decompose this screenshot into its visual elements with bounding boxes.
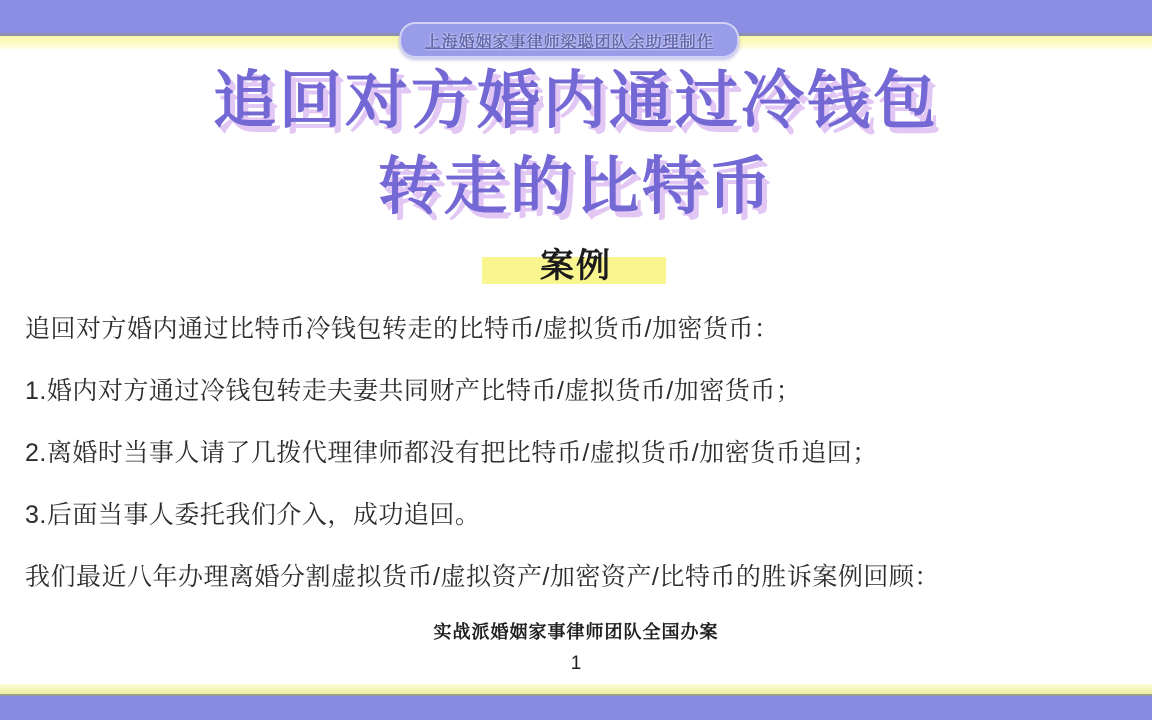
slide-page: 上海婚姻家事律师梁聪团队余助理制作 追回对方婚内通过冷钱包 转走的比特币 案例 …: [0, 0, 1152, 720]
body-paragraph-3: 3.后面当事人委托我们介入，成功追回。: [25, 502, 1125, 528]
slide-title-line1: 追回对方婚内通过冷钱包: [0, 58, 1152, 144]
bottom-yellow-band: [0, 684, 1152, 694]
author-badge-text: 上海婚姻家事律师梁聪团队余助理制作: [425, 29, 714, 52]
footer-team-line: 实战派婚姻家事律师团队全国办案: [0, 618, 1152, 644]
case-heading: 案例: [0, 238, 1152, 287]
body-paragraph-intro: 追回对方婚内通过比特币冷钱包转走的比特币/虚拟货币/加密货币：: [25, 316, 1125, 342]
slide-title-line2: 转走的比特币: [0, 144, 1152, 230]
body-text-block: 追回对方婚内通过比特币冷钱包转走的比特币/虚拟货币/加密货币： 1.婚内对方通过…: [25, 316, 1125, 626]
body-paragraph-1: 1.婚内对方通过冷钱包转走夫妻共同财产比特币/虚拟货币/加密货币；: [25, 378, 1125, 404]
slide-title: 追回对方婚内通过冷钱包 转走的比特币: [0, 58, 1152, 230]
author-badge: 上海婚姻家事律师梁聪团队余助理制作: [399, 22, 739, 58]
body-paragraph-outro: 我们最近八年办理离婚分割虚拟货币/虚拟资产/加密资产/比特币的胜诉案例回顾：: [25, 564, 1125, 590]
page-number: 1: [0, 653, 1152, 675]
body-paragraph-2: 2.离婚时当事人请了几拨代理律师都没有把比特币/虚拟货币/加密货币追回；: [25, 440, 1125, 466]
bottom-purple-bar: [0, 696, 1152, 720]
